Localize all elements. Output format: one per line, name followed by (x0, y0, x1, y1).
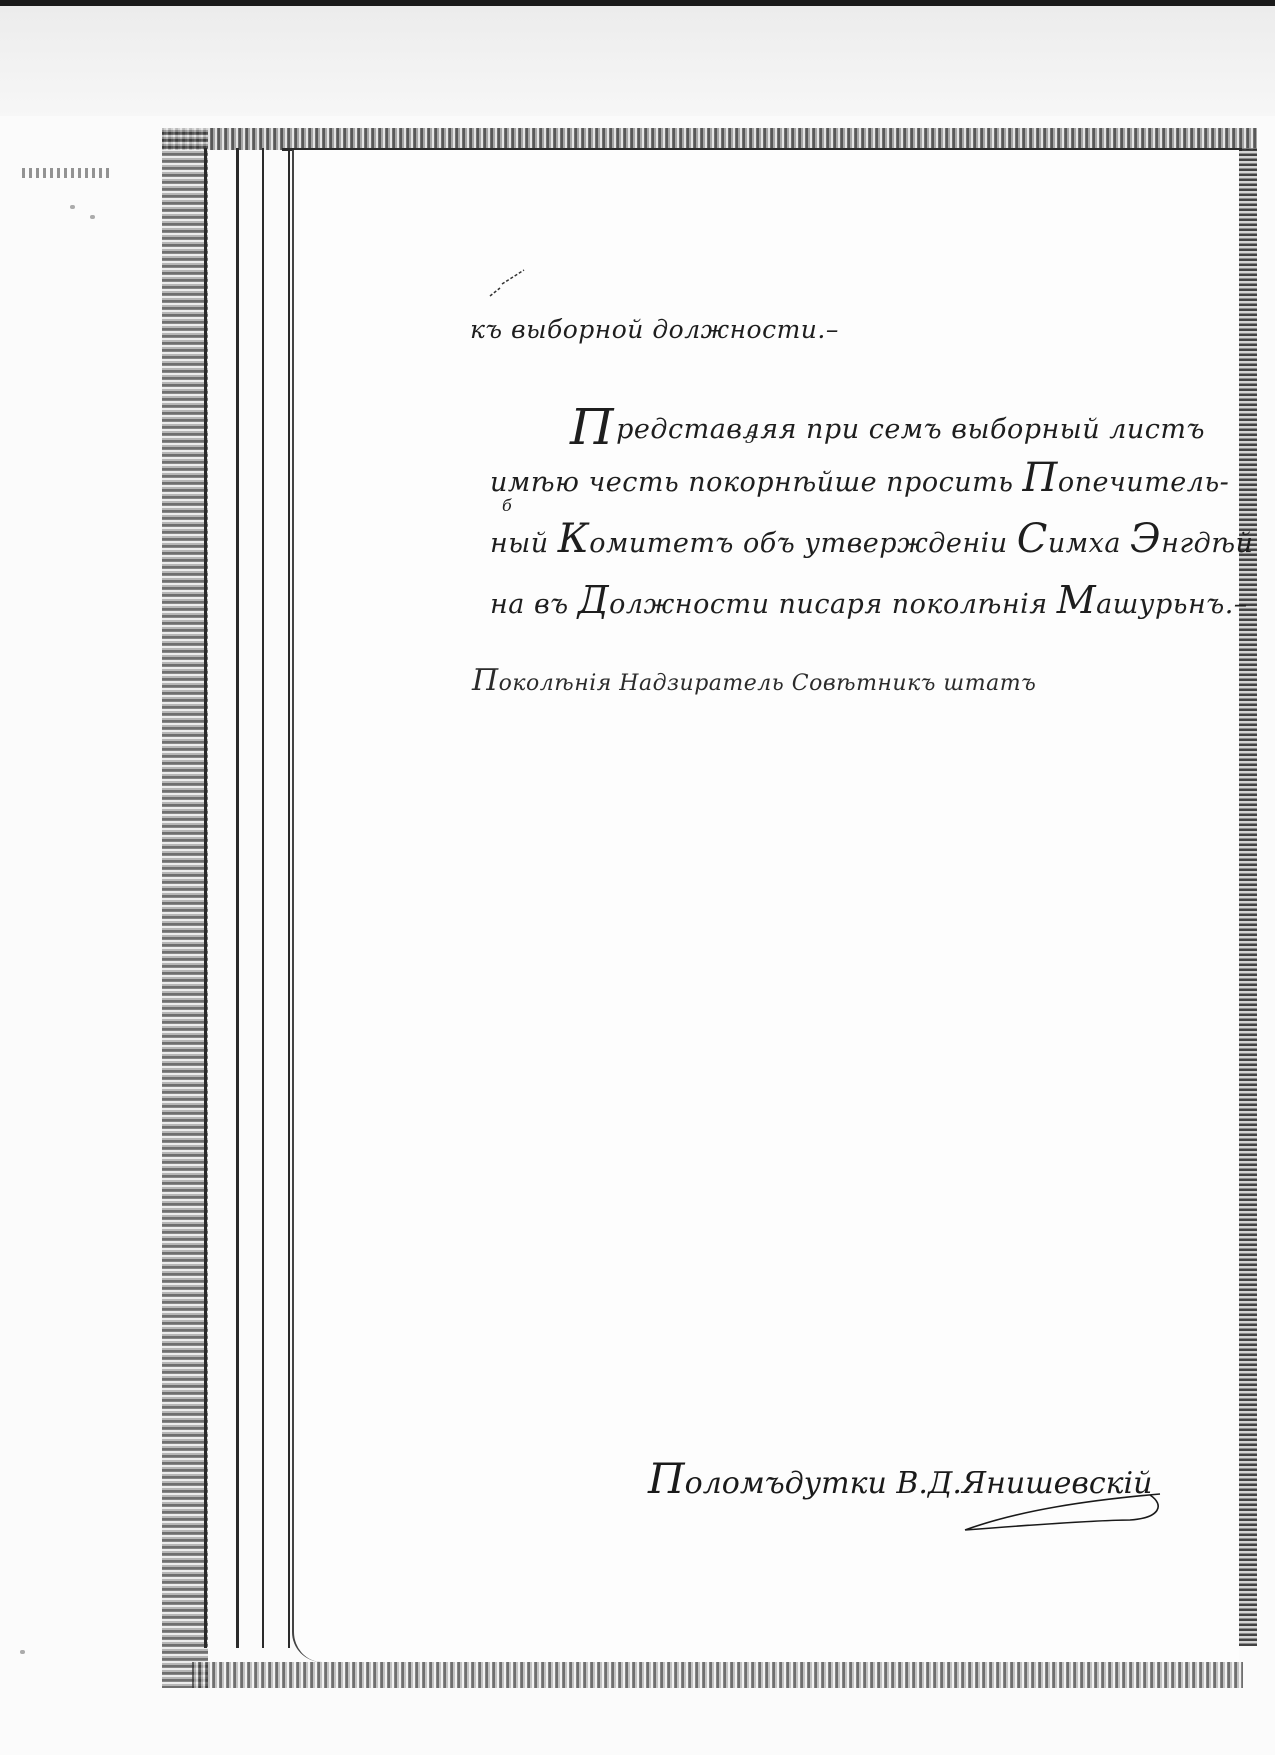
text-line-2: Представляя при семъ выборный листъ (570, 392, 1205, 450)
capital-letter: Д (578, 578, 609, 622)
frame-edge-right (1239, 148, 1257, 1646)
text-segment: на въ (490, 589, 578, 620)
text-segment: ашурьнъ.– (1096, 589, 1248, 620)
text-line-1: къ выборной должности.– (470, 315, 839, 344)
initial-capital: П (570, 398, 614, 456)
text-segment: ный (490, 528, 558, 559)
text-line-6-faint: Поколѣнія Надзиратель Совѣтникъ штатъ (472, 663, 1036, 698)
text-line-3: имѣю честь покорнѣйше просить Попечитель… (490, 455, 1229, 501)
superscript-mark: б (502, 496, 512, 515)
capital-letter: С (1017, 516, 1048, 562)
binding-line (288, 148, 290, 1648)
frame-edge-bottom (192, 1662, 1243, 1688)
margin-tick-mark (488, 268, 528, 298)
capital-letter: К (558, 516, 589, 562)
signature-flourish (960, 1480, 1170, 1540)
capital-letter: Э (1130, 516, 1161, 562)
text-segment: опечитель- (1058, 467, 1229, 498)
speckle (70, 205, 75, 209)
binding-line (236, 148, 239, 1648)
superscript-mark: 5 (745, 428, 755, 447)
text-segment: имха (1048, 528, 1130, 559)
scan-background-shade (0, 6, 1275, 116)
text-segment: имѣю честь покорнѣйше просить (490, 467, 1023, 498)
text-segment: околѣнія Надзиратель Совѣтникъ штатъ (499, 671, 1037, 696)
margin-note-mark (22, 168, 112, 178)
text-segment: нгдѣй (1161, 528, 1253, 559)
capital-letter: П (1023, 455, 1058, 501)
text-segment: омитетъ объ утвержденіи (589, 528, 1017, 559)
speckle (90, 215, 95, 219)
text-segment: редставляя при семъ выборный листъ (616, 414, 1205, 445)
binding-line (204, 148, 207, 1648)
document-sheet (292, 150, 1239, 1662)
capital-letter: П (472, 663, 499, 698)
frame-edge-top (162, 128, 1257, 150)
binding-line (262, 148, 264, 1648)
frame-edge-left (162, 128, 208, 1688)
text-segment: олжности писаря поколѣнія (609, 589, 1057, 620)
signature-capital: П (648, 1454, 685, 1503)
text-line-5: на въ Должности писаря поколѣнія Машурьн… (490, 578, 1248, 622)
speckle (20, 1650, 25, 1654)
capital-letter: М (1057, 578, 1096, 622)
text-line-4: ный Комитетъ объ утвержденіи Симха Энгдѣ… (490, 516, 1253, 562)
